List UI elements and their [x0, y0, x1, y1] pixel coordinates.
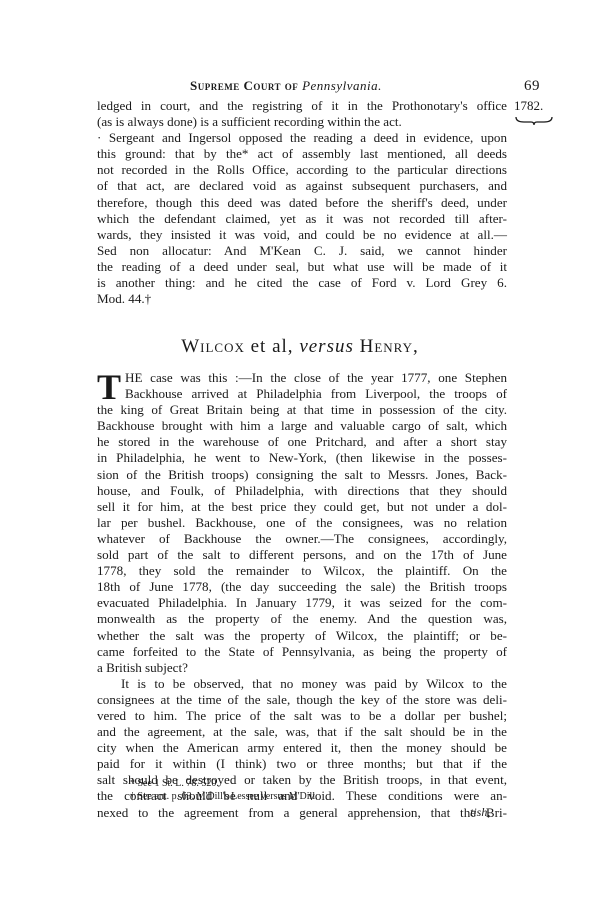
running-head-roman: Supreme Court of [190, 78, 298, 93]
text-line: ledged in court, and the registring of i… [97, 98, 507, 114]
page-number: 69 [524, 78, 540, 95]
text-line: whether the salt was the property of Wil… [97, 628, 507, 644]
text-line: the reading of a deed under seal, but wh… [97, 259, 507, 275]
text-line: Backhouse brought with him a large and v… [97, 418, 507, 434]
running-head: Supreme Court of Pennsylvania. 69 [190, 78, 550, 94]
text-line: of that act, are declared void as agains… [97, 178, 507, 194]
book-page: Supreme Court of Pennsylvania. 69 ledged… [0, 0, 600, 903]
text-line: in Philadelphia, he went to New-York, (t… [97, 450, 507, 466]
text-line: therefore, though this deed was dated be… [97, 195, 507, 211]
text-line: HE case was this :—In the close of the y… [97, 370, 507, 386]
text-line: house, and Foulk, of Philadelphia, with … [97, 483, 507, 499]
drop-cap: T [97, 372, 121, 402]
text-line: is another thing: and he cited the case … [97, 275, 507, 291]
text-line: lar per bushel. Backhouse, one of the co… [97, 515, 507, 531]
text-line: he stored in the warehouse of one Pritch… [97, 434, 507, 450]
case-defendant: Henry, [360, 336, 419, 357]
text-line: city when the American army entered it, … [97, 740, 507, 756]
text-line: a British subject? [97, 660, 507, 676]
case-body: T HE case was this :—In the close of the… [97, 370, 507, 821]
text-line: sell it for him, at the best price they … [97, 499, 507, 515]
text-line: vered to him. The price of the salt was … [97, 708, 507, 724]
text-line: whatever of Backhouse the owner.—The con… [97, 531, 507, 547]
catchword: tish, [470, 805, 490, 820]
footnote-2: † See ant. p. 63. M'Dill's Lessee versus… [130, 790, 318, 803]
margin-year: 1782. [514, 98, 543, 113]
text-line: sion of the British troops) consigning t… [97, 467, 507, 483]
text-line: nexed to the agreement from a general ap… [97, 805, 507, 821]
case-title: Wilcox et al, versus Henry, [0, 336, 600, 358]
text-line: sold part of the salt to different perso… [97, 547, 507, 563]
margin-note-year: 1782. [514, 98, 554, 126]
brace-icon [514, 116, 554, 126]
running-head-italic: Pennsylvania. [302, 78, 382, 93]
continued-paragraph: ledged in court, and the registring of i… [97, 98, 507, 307]
text-line: It is to be observed, that no money was … [97, 676, 507, 692]
text-line: Backhouse arrived at Philadelphia from L… [97, 386, 507, 402]
case-versus: versus [299, 336, 354, 357]
text-line: evacuated Philadelphia. In January 1779,… [97, 595, 507, 611]
case-etal: et al, [251, 336, 294, 357]
text-line: monwealth as the property of the enemy. … [97, 611, 507, 627]
text-line: and the agreement, at the sale, was, tha… [97, 724, 507, 740]
text-line: consignees at the time of the sale, thou… [97, 692, 507, 708]
text-line: wards, they insisted it was void, and co… [97, 227, 507, 243]
text-line: the king of Great Britain being at that … [97, 402, 507, 418]
text-line: not recorded in the Rolls Office, accord… [97, 162, 507, 178]
case-plaintiff: Wilcox [181, 336, 245, 357]
text-line: Mod. 44.† [97, 291, 507, 307]
text-line: this ground: that by the* act of assembl… [97, 146, 507, 162]
text-line: · Sergeant and Ingersol opposed the read… [97, 130, 507, 146]
footnote-1: * See 1 St. L. 78. 520. [130, 777, 318, 790]
text-line: Sed non allocatur: And M'Kean C. J. said… [97, 243, 507, 259]
text-line: which the defendant claimed, yet as it w… [97, 211, 507, 227]
text-line: came forfeited to the State of Pennsylva… [97, 644, 507, 660]
text-line: (as is always done) is a sufficient reco… [97, 114, 507, 130]
text-line: paid for it within (I think) two or thre… [97, 756, 507, 772]
footnotes: * See 1 St. L. 78. 520. † See ant. p. 63… [130, 777, 318, 803]
text-line: 1778, they sold the remainder to Wilcox,… [97, 563, 507, 579]
text-line: 18th of June 1778, (the day succeeding t… [97, 579, 507, 595]
running-head-title: Supreme Court of Pennsylvania. [190, 78, 382, 93]
